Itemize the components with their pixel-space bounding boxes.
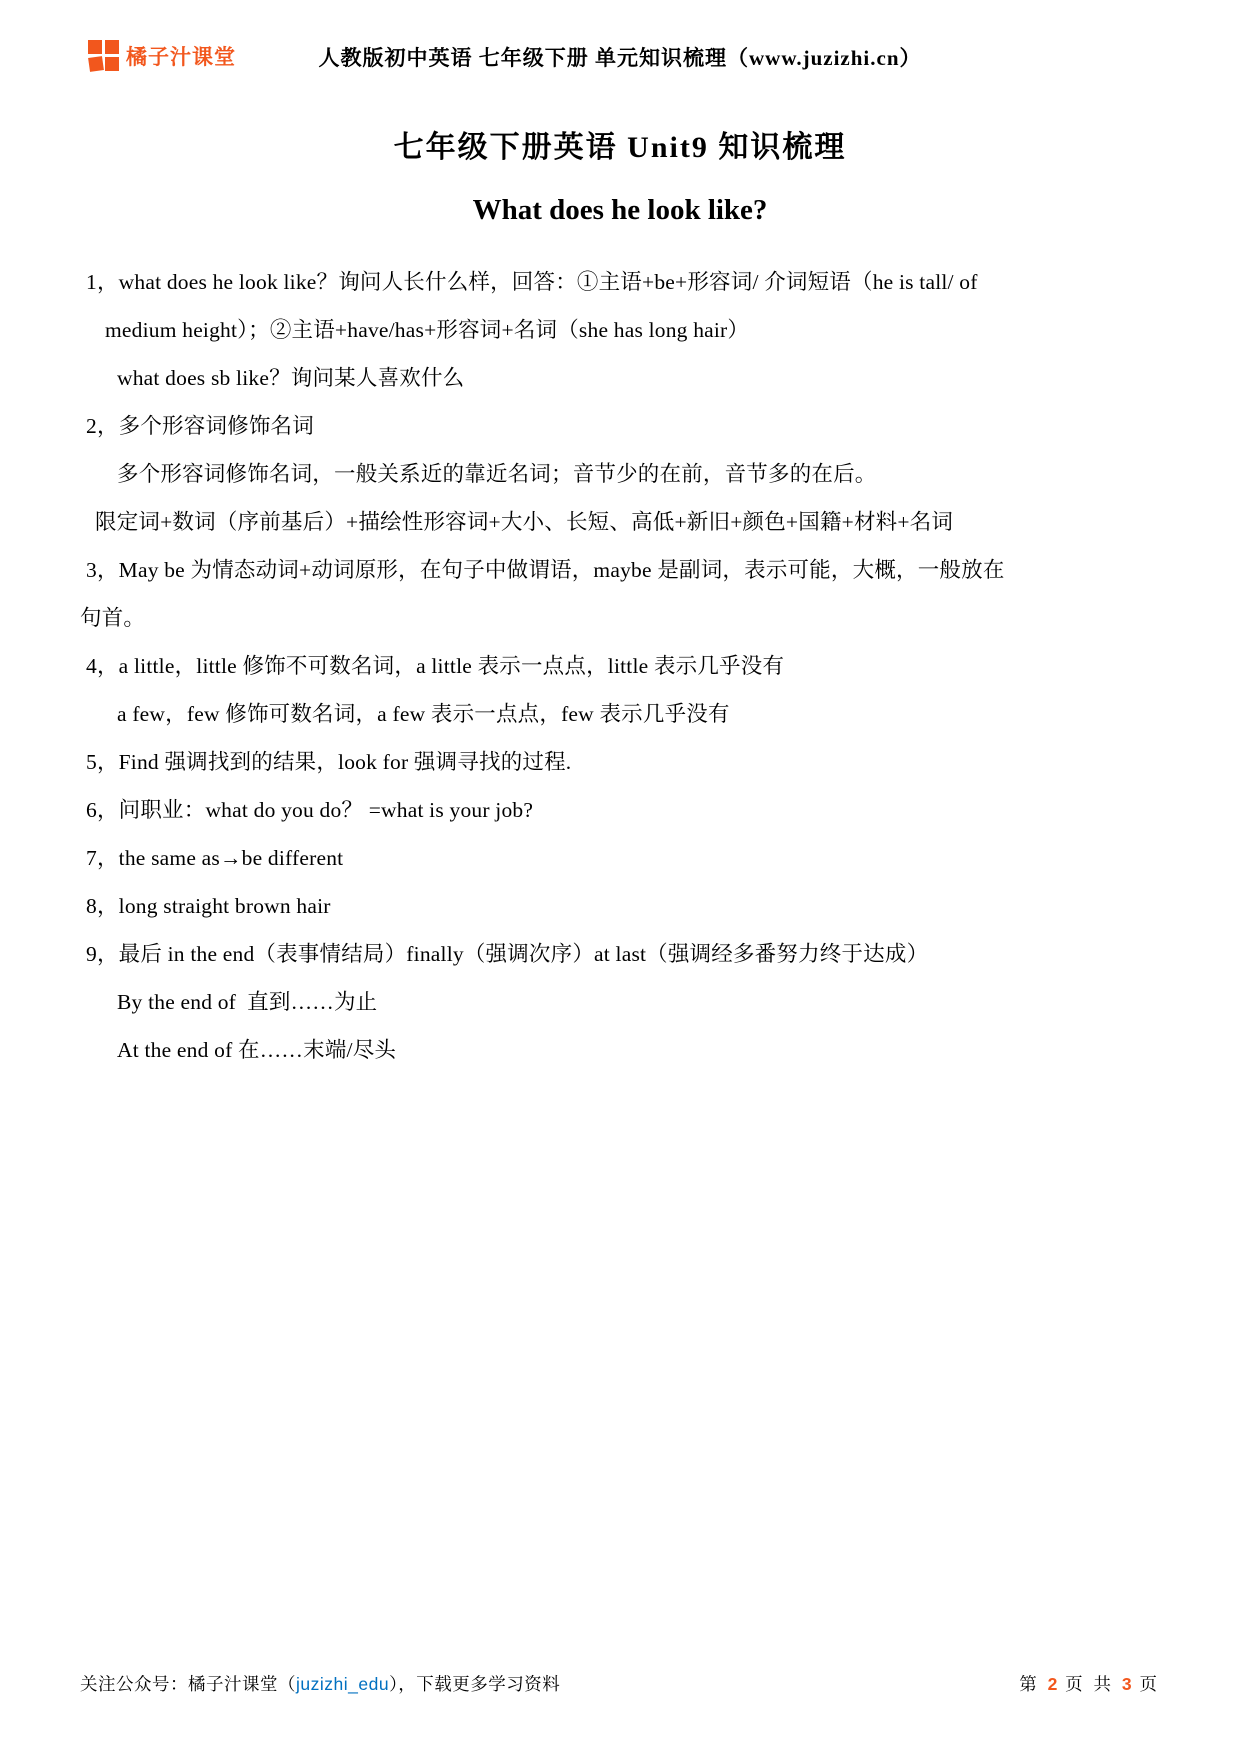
wechat-account-id: juzizhi_edu xyxy=(296,1674,389,1694)
content-line: medium height）；②主语+have/has+形容词+名词（she h… xyxy=(80,306,1170,354)
brand-logo: 橘子汁课堂 xyxy=(88,40,236,72)
content-line: At the end of 在……末端/尽头 xyxy=(80,1026,1170,1074)
brand-name: 橘子汁课堂 xyxy=(126,41,236,71)
content-line: 1，what does he look like？询问人长什么样，回答：①主语+… xyxy=(80,258,1170,306)
content-line: 多个形容词修饰名词，一般关系近的靠近名词；音节少的在前，音节多的在后。 xyxy=(80,450,1170,498)
page-header: 橘子汁课堂 人教版初中英语 七年级下册 单元知识梳理（www.juzizhi.c… xyxy=(80,38,1160,78)
content-line: 3，May be 为情态动词+动词原形，在句子中做谓语，maybe 是副词，表示… xyxy=(80,546,1170,594)
document-title: 七年级下册英语 Unit9 知识梳理 xyxy=(0,122,1240,166)
content-line: a few，few 修饰可数名词，a few 表示一点点，few 表示几乎没有 xyxy=(80,690,1170,738)
footer-note-prefix: 关注公众号：橘子汁课堂（ xyxy=(80,1674,296,1694)
footer-note: 关注公众号：橘子汁课堂（juzizhi_edu），下载更多学习资料 xyxy=(80,1671,560,1696)
document-subtitle: What does he look like? xyxy=(0,194,1240,227)
content-line: what does sb like？询问某人喜欢什么 xyxy=(80,354,1170,402)
content-line: 限定词+数词（序前基后）+描绘性形容词+大小、长短、高低+新旧+颜色+国籍+材料… xyxy=(80,498,1170,546)
content-line: 7，the same as→be different xyxy=(80,834,1170,882)
orange-grid-logo-icon xyxy=(88,40,120,72)
footer-note-suffix: ），下载更多学习资料 xyxy=(389,1674,560,1694)
document-page: 橘子汁课堂 人教版初中英语 七年级下册 单元知识梳理（www.juzizhi.c… xyxy=(0,0,1240,1754)
page-footer: 关注公众号：橘子汁课堂（juzizhi_edu），下载更多学习资料 第 2 页 … xyxy=(80,1671,1160,1696)
page-number-label: 第 xyxy=(1019,1674,1047,1694)
content-line: 6，问职业：what do you do？ =what is your job? xyxy=(80,786,1170,834)
content-line: 2，多个形容词修饰名词 xyxy=(80,402,1170,450)
document-body: 1，what does he look like？询问人长什么样，回答：①主语+… xyxy=(80,258,1170,1074)
total-page-number: 3 xyxy=(1122,1674,1132,1694)
content-line: 9，最后 in the end（表事情结局）finally（强调次序）at la… xyxy=(80,930,1170,978)
content-line: 句首。 xyxy=(80,594,1170,642)
page-number: 第 2 页 共 3 页 xyxy=(1019,1671,1160,1696)
current-page-number: 2 xyxy=(1048,1674,1058,1694)
page-number-label: 页 共 xyxy=(1057,1674,1122,1694)
content-line: By the end of 直到……为止 xyxy=(80,978,1170,1026)
header-title: 人教版初中英语 七年级下册 单元知识梳理（www.juzizhi.cn） xyxy=(80,38,1160,78)
content-line: 8，long straight brown hair xyxy=(80,882,1170,930)
content-line: 4，a little，little 修饰不可数名词，a little 表示一点点… xyxy=(80,642,1170,690)
page-number-label: 页 xyxy=(1132,1674,1160,1694)
content-line: 5，Find 强调找到的结果，look for 强调寻找的过程. xyxy=(80,738,1170,786)
